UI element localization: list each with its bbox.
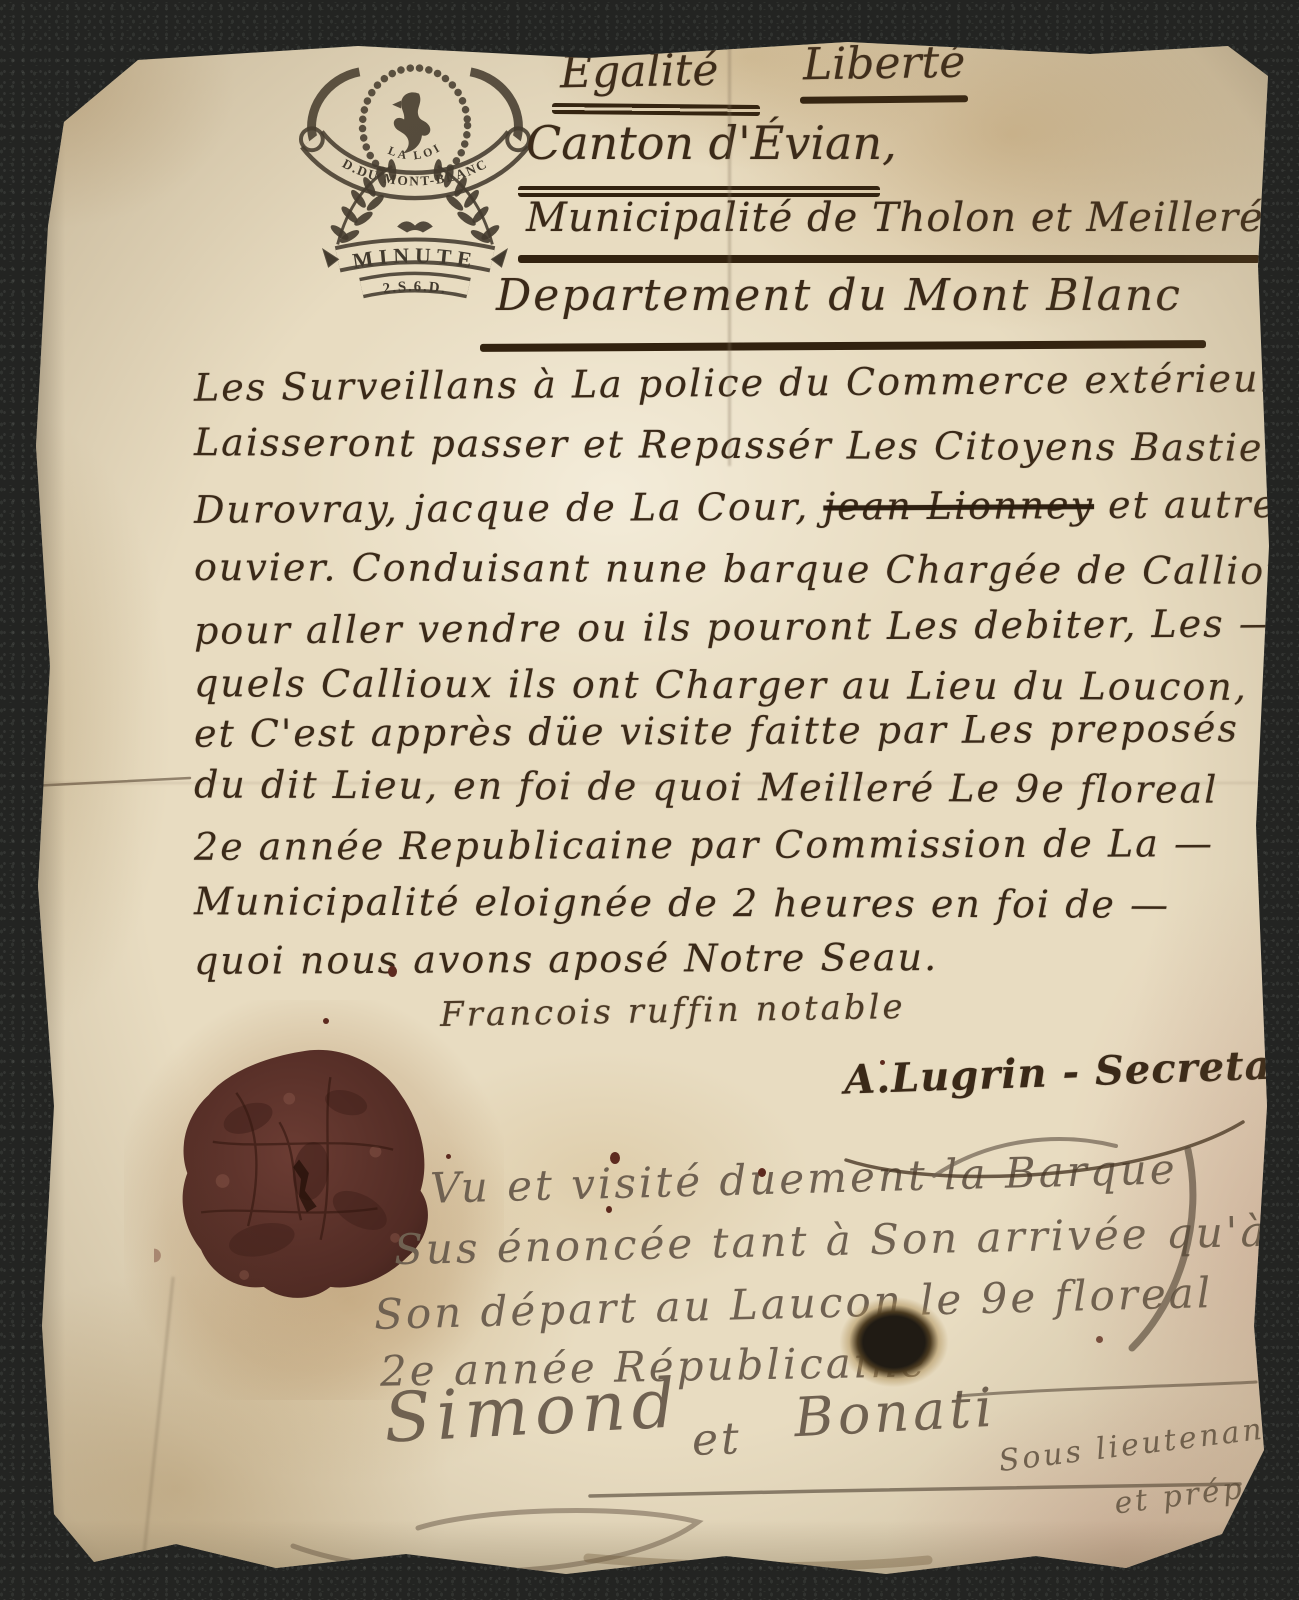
ink-speck [880, 1060, 885, 1065]
signature-title-1: Sous lieutenant [997, 1413, 1281, 1477]
document-paper: LA LOI D.DU MONT-BLANC MINUTE 2.S.6.D. É… [28, 26, 1272, 1582]
header-department: Departement du Mont Blanc [496, 274, 1182, 318]
svg-text:2.S.6.D.: 2.S.6.D. [382, 279, 448, 297]
body-line: et C'est apprès düe visite faitte par Le… [194, 709, 1239, 752]
visa-line: Vu et visité duement la Barque [430, 1148, 1179, 1210]
secretary-signature: A.Lugrin - Secretaire [843, 1043, 1299, 1100]
ink-speck [1096, 1336, 1103, 1343]
body-line: pour aller vendre ou ils pouront Les deb… [194, 604, 1279, 650]
underline-municipality [518, 255, 1260, 263]
signature-conjunction: et [691, 1417, 742, 1463]
motto-liberte: Liberté [803, 41, 966, 88]
header-municipality: Municipalité de Tholon et Meilleré [526, 198, 1264, 238]
body-line: 2e année Republicaine par Commission de … [194, 824, 1214, 866]
wax-seal [154, 1034, 448, 1328]
body-line: Durovray, jacque de La Cour, jean Lionne… [194, 485, 1277, 529]
body-line: ouvier. Conduisant nune barque Chargée d… [194, 548, 1299, 590]
underline-department [480, 340, 1206, 352]
signature-simond: Simond [382, 1370, 682, 1453]
photo-background: LA LOI D.DU MONT-BLANC MINUTE 2.S.6.D. É… [0, 0, 1299, 1600]
visa-line: Sus énoncée tant à Son arrivée qu'à [394, 1211, 1269, 1271]
struck-name: jean Lionney [823, 483, 1094, 528]
bottom-edge-smudge [588, 1558, 928, 1567]
body-line3-post: et autre [1094, 482, 1277, 527]
signature-title-2: et préposé [1113, 1466, 1299, 1519]
underline-liberte [800, 95, 968, 103]
simond-flourish [293, 1511, 698, 1572]
ink-speck [323, 1018, 329, 1024]
header-canton: Canton d'Évian, [526, 120, 897, 166]
body-line: Laisseront passer et Repassér Les Citoye… [194, 423, 1290, 467]
body-line3-pre: Durovray, jacque de La Cour, [194, 485, 824, 532]
body-line: quoi nous avons aposé Notre Seau. [194, 938, 938, 980]
margin-pen-line [30, 778, 190, 786]
ink-speck [606, 1206, 612, 1213]
body-line: Municipalité eloignée de 2 heures en foi… [194, 882, 1170, 923]
motto-egalite: Égalité [560, 49, 719, 96]
signature-bonati: Bonati [793, 1381, 998, 1446]
wing-ornament [397, 221, 433, 232]
ink-speck [446, 1154, 451, 1159]
underline-egalite [552, 103, 760, 116]
blot-strike-line [958, 1382, 1256, 1396]
ink-speck [610, 1152, 620, 1164]
notable-signature: Francois ruffin notable [440, 990, 906, 1032]
body-line: du dit Lieu, en foi de quoi Meilleré Le … [194, 765, 1219, 808]
body-line: quels Callioux ils ont Charger au Lieu d… [194, 664, 1248, 706]
stamp-value-label: 2.S.6.D. [382, 279, 448, 297]
revenue-stamp: LA LOI D.DU MONT-BLANC MINUTE 2.S.6.D. [296, 50, 534, 300]
ink-speck [388, 966, 397, 977]
ink-speck [758, 1168, 766, 1177]
visa-line: Son départ au Laucon le 9e floreal [374, 1272, 1214, 1336]
body-line: Les Surveillans à La police du Commerce … [194, 359, 1280, 406]
